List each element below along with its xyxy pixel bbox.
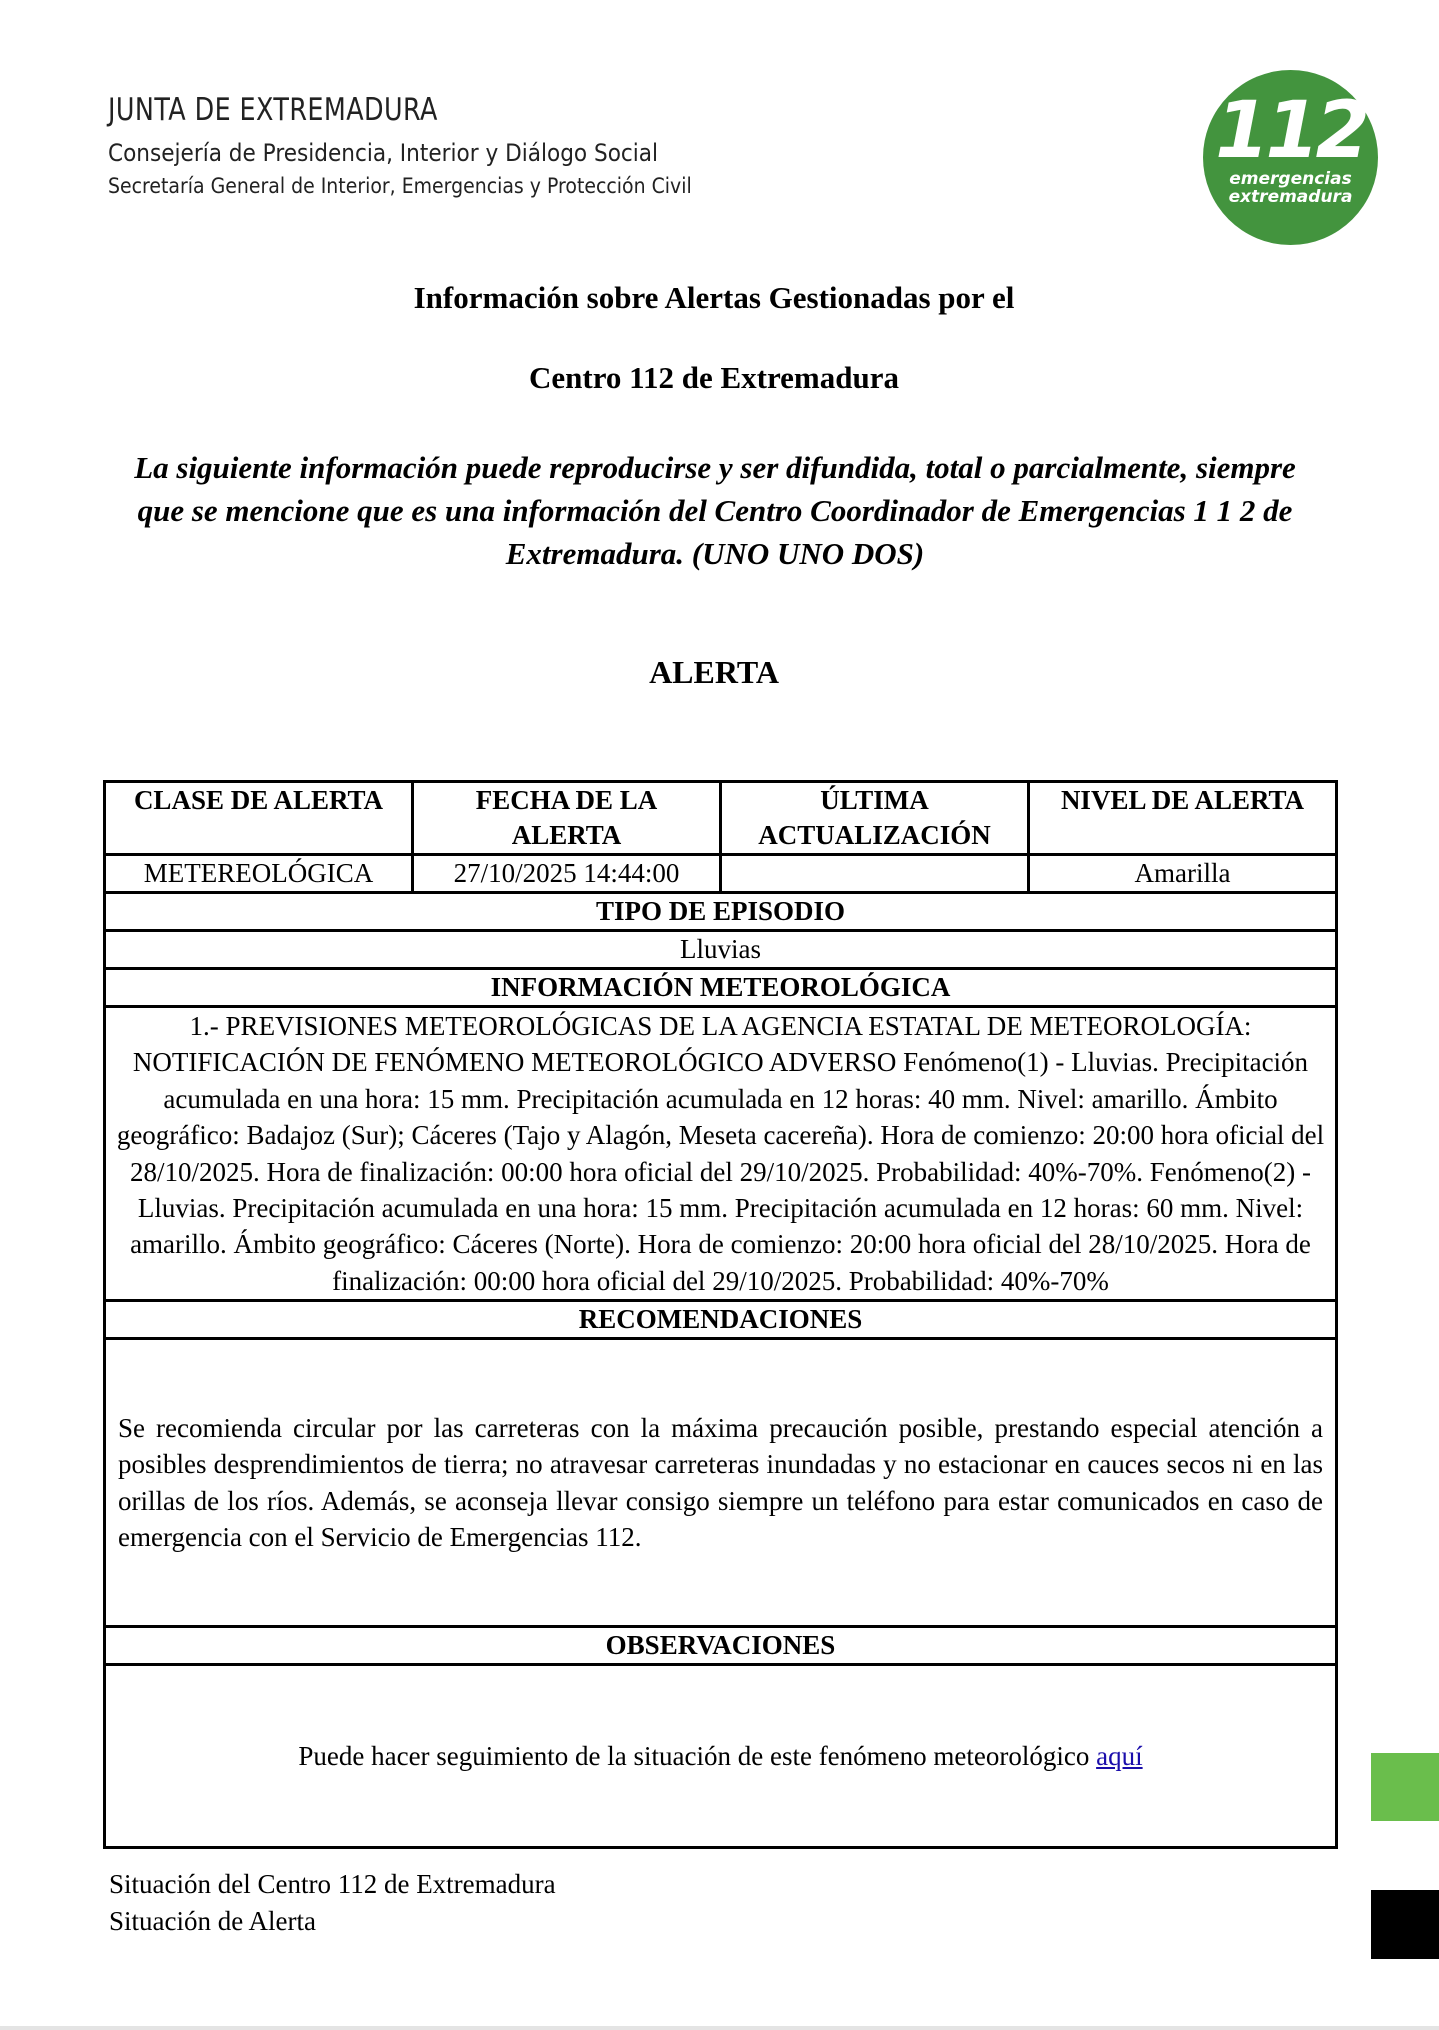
doc-title-line2: Centro 112 de Extremadura [0, 360, 1428, 396]
doc-title-line1: Información sobre Alertas Gestionadas po… [0, 280, 1428, 316]
org-header: JUNTA DE EXTREMADURA Consejería de Presi… [108, 90, 757, 200]
observaciones-text: Puede hacer seguimiento de la situación … [298, 1741, 1089, 1771]
table-header-row: CLASE DE ALERTA FECHA DE LA ALERTA ÚLTIM… [105, 782, 1337, 855]
org-department: Consejería de Presidencia, Interior y Di… [108, 138, 692, 168]
aqui-link[interactable]: aquí [1096, 1741, 1143, 1771]
org-secretariat: Secretaría General de Interior, Emergenc… [108, 172, 692, 200]
side-marker-green [1371, 1753, 1439, 1821]
tipo-episodio-value: Lluvias [105, 931, 1337, 969]
footer-situacion-alerta: Situación de Alerta [109, 1903, 556, 1940]
header-clase: CLASE DE ALERTA [105, 782, 413, 855]
header-fecha: FECHA DE LA ALERTA [413, 782, 721, 855]
logo-number: 112 [1203, 92, 1378, 170]
info-meteo-text: 1.- PREVISIONES METEOROLÓGICAS DE LA AGE… [105, 1007, 1337, 1301]
footer-situacion-centro: Situación del Centro 112 de Extremadura [109, 1866, 556, 1903]
info-meteo-label: INFORMACIÓN METEOROLÓGICA [105, 969, 1337, 1007]
bottom-edge [0, 2026, 1439, 2030]
table-row: METEREOLÓGICA 27/10/2025 14:44:00 Amaril… [105, 855, 1337, 893]
recomendaciones-text: Se recomienda circular por las carretera… [105, 1339, 1337, 1627]
value-actualizacion [721, 855, 1029, 893]
recomendaciones-label: RECOMENDACIONES [105, 1301, 1337, 1339]
emergencias-112-logo: 112 emergencias extremadura [1203, 70, 1378, 245]
alert-table: CLASE DE ALERTA FECHA DE LA ALERTA ÚLTIM… [103, 780, 1338, 1849]
org-name: JUNTA DE EXTREMADURA [108, 90, 640, 130]
side-marker-black [1371, 1890, 1439, 1959]
logo-text-2: extremadura [1203, 188, 1378, 206]
reproduction-notice: La siguiente información puede reproduci… [120, 446, 1310, 575]
alert-heading: ALERTA [0, 654, 1428, 691]
value-fecha: 27/10/2025 14:44:00 [413, 855, 721, 893]
observaciones-label: OBSERVACIONES [105, 1627, 1337, 1665]
footer: Situación del Centro 112 de Extremadura … [109, 1866, 556, 1939]
header-nivel: NIVEL DE ALERTA [1029, 782, 1337, 855]
value-clase: METEREOLÓGICA [105, 855, 413, 893]
observaciones-cell: Puede hacer seguimiento de la situación … [105, 1665, 1337, 1848]
header-actualizacion: ÚLTIMA ACTUALIZACIÓN [721, 782, 1029, 855]
tipo-episodio-label: TIPO DE EPISODIO [105, 893, 1337, 931]
value-nivel: Amarilla [1029, 855, 1337, 893]
